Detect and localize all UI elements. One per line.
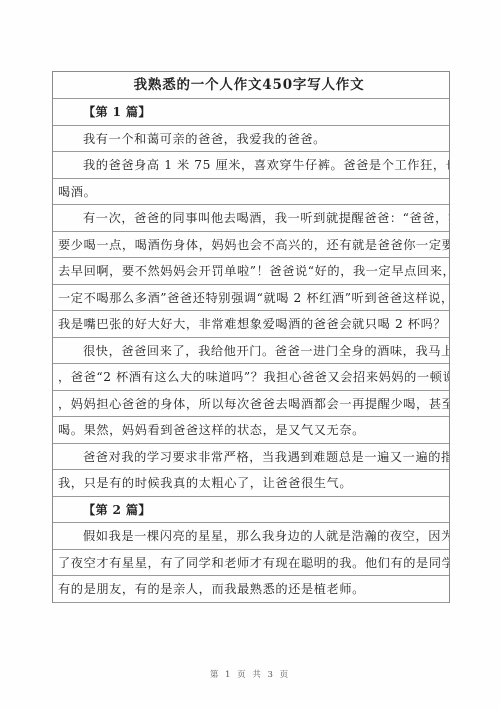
paragraph-line: ，妈妈担心爸爸的身体，所以每次爸爸去喝酒都会一再提醒少喝，甚至不	[53, 391, 449, 418]
paragraph-line: 去早回啊，要不然妈妈会开罚单啦”！爸爸说“好的，我一定早点回来，	[53, 258, 449, 285]
paragraph-line: 一定不喝那么多酒”爸爸还特别强调“就喝 2 杯红酒”听到爸爸这样说，	[53, 285, 449, 312]
paragraph-line: 了夜空才有星星，有了同学和老师才有现在聪明的我。他们有的是同学，	[53, 550, 449, 577]
paragraph-line: ，爸爸“2 杯酒有这么大的味道吗”？我担心爸爸又会招来妈妈的一顿说了	[53, 364, 449, 391]
paragraph-line: 我有一个和蔼可亲的爸爸，我爱我的爸爸。	[53, 126, 449, 153]
paragraph-line: 要少喝一点，喝酒伤身体，妈妈也会不高兴的，还有就是爸爸你一定要早	[53, 232, 449, 259]
section-heading-2: 【第 2 篇】	[53, 497, 449, 524]
paragraph-line: 很快，爸爸回来了，我给他开门。爸爸一进门全身的酒味，我马上问	[53, 338, 449, 365]
section-heading-1: 【第 1 篇】	[53, 99, 449, 126]
essay-table: 我熟悉的一个人作文450字写人作文 【第 1 篇】 我有一个和蔼可亲的爸爸，我爱…	[52, 71, 450, 603]
paragraph-line: 假如我是一棵闪亮的星星，那么我身边的人就是浩瀚的夜空，因为有	[53, 523, 449, 550]
page-indicator: 第 1 页 共 3 页	[0, 668, 500, 680]
paragraph-line: 有一次，爸爸的同事叫他去喝酒，我一听到就提醒爸爸：“爸爸，酒	[53, 205, 449, 232]
paragraph-line: 爸爸对我的学习要求非常严格，当我遇到难题总是一遍又一遍的指导	[53, 444, 449, 471]
paragraph-line: 喝。果然，妈妈看到爸爸这样的状态，是又气又无奈。	[53, 417, 449, 444]
document-page: 我熟悉的一个人作文450字写人作文 【第 1 篇】 我有一个和蔼可亲的爸爸，我爱…	[0, 0, 500, 708]
paragraph-line: 我的爸爸身高 1 米 75 厘米，喜欢穿牛仔裤。爸爸是个工作狂，也很爱	[53, 152, 449, 179]
paragraph-line: 有的是朋友，有的是亲人，而我最熟悉的还是植老师。	[53, 576, 449, 603]
document-title: 我熟悉的一个人作文450字写人作文	[53, 72, 449, 99]
paragraph-line: 喝酒。	[53, 179, 449, 206]
paragraph-line: 我，只是有的时候我真的太粗心了，让爸爸很生气。	[53, 470, 449, 497]
paragraph-line: 我是嘴巴张的好大好大，非常难想象爱喝酒的爸爸会就只喝 2 杯吗？	[53, 311, 449, 338]
